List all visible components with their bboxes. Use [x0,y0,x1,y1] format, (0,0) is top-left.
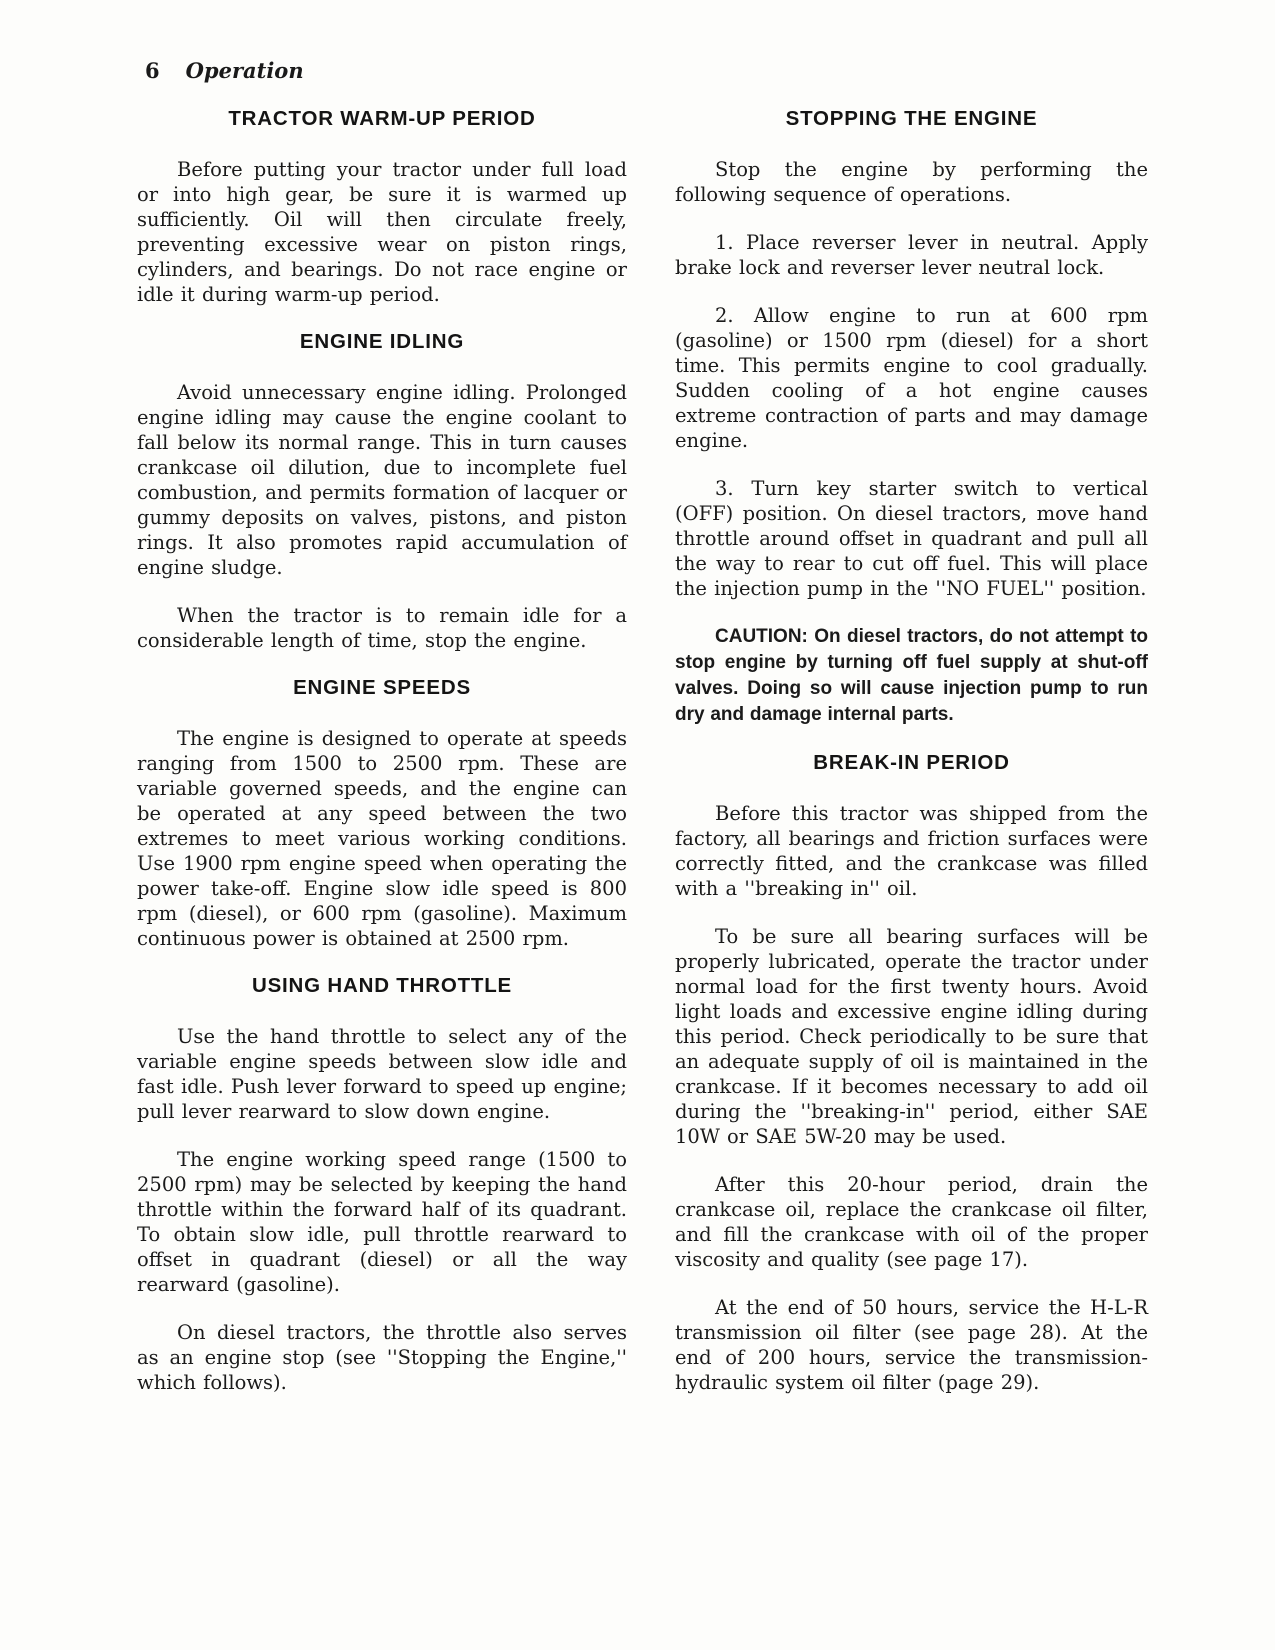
paragraph: When the tractor is to remain idle for a… [137,603,627,653]
paragraph: The engine is designed to operate at spe… [137,726,627,951]
section-heading: STOPPING THE ENGINE [675,107,1148,131]
section-heading: ENGINE SPEEDS [137,676,627,700]
right-column: STOPPING THE ENGINE Stop the engine by p… [675,97,1148,1418]
paragraph: To be sure all bearing surfaces will be … [675,924,1148,1149]
section-using-hand-throttle: USING HAND THROTTLE Use the hand throttl… [137,974,627,1395]
paragraph: Before putting your tractor under full l… [137,157,627,307]
page-number: 6 [145,58,160,83]
numbered-step-3: 3. Turn key starter switch to vertical (… [675,476,1148,601]
section-break-in-period: BREAK-IN PERIOD Before this tractor was … [675,751,1148,1395]
page-header: 6Operation [137,58,1148,83]
paragraph: At the end of 50 hours, service the H-L-… [675,1295,1148,1395]
section-heading: TRACTOR WARM-UP PERIOD [137,107,627,131]
paragraph: On diesel tractors, the throttle also se… [137,1320,627,1395]
section-heading: ENGINE IDLING [137,330,627,354]
caution-notice: CAUTION: On diesel tractors, do not atte… [675,624,1148,728]
left-column: TRACTOR WARM-UP PERIOD Before putting yo… [137,97,627,1418]
section-engine-speeds: ENGINE SPEEDS The engine is designed to … [137,676,627,951]
paragraph: Stop the engine by performing the follow… [675,157,1148,207]
paragraph: Use the hand throttle to select any of t… [137,1024,627,1124]
section-tractor-warm-up-period: TRACTOR WARM-UP PERIOD Before putting yo… [137,107,627,307]
paragraph: After this 20-hour period, drain the cra… [675,1172,1148,1272]
section-stopping-the-engine: STOPPING THE ENGINE Stop the engine by p… [675,107,1148,728]
manual-page: 6Operation TRACTOR WARM-UP PERIOD Before… [0,0,1275,1650]
numbered-step-2: 2. Allow engine to run at 600 rpm (gasol… [675,303,1148,453]
paragraph: The engine working speed range (1500 to … [137,1147,627,1297]
section-heading: USING HAND THROTTLE [137,974,627,998]
two-column-layout: TRACTOR WARM-UP PERIOD Before putting yo… [137,97,1148,1418]
paragraph: Before this tractor was shipped from the… [675,801,1148,901]
paragraph: Avoid unnecessary engine idling. Prolong… [137,380,627,580]
section-engine-idling: ENGINE IDLING Avoid unnecessary engine i… [137,330,627,653]
section-heading: BREAK-IN PERIOD [675,751,1148,775]
numbered-step-1: 1. Place reverser lever in neutral. Appl… [675,230,1148,280]
running-title: Operation [186,58,304,83]
